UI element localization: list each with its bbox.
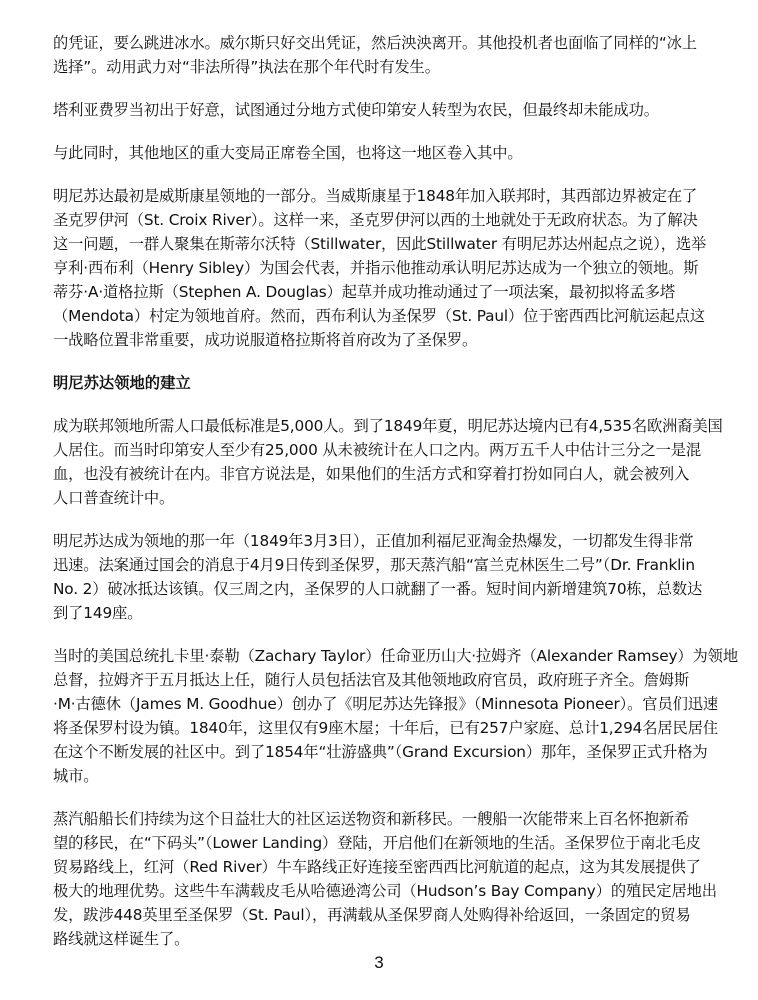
text-line: 选择”。动用武力对“非法所得”执法在那个年代时有发生。 [53,55,698,79]
paragraph-population-standard: 成为联邦领地所需人口最低标准是5,000人。到了1849年夏，明尼苏达境内已有4… [53,414,698,510]
text-line: 的凭证，要么跳进冰水。威尔斯只好交出凭证，然后泱泱离开。其他投机者也面临了同样的… [53,31,698,55]
document-page: 的凭证，要么跳进冰水。威尔斯只好交出凭证，然后泱泱离开。其他投机者也面临了同样的… [53,31,698,970]
text-line: 圣克罗伊河（St. Croix River）。这样一来，圣克罗伊河以西的土地就处… [53,208,698,232]
section-heading: 明尼苏达领地的建立 [53,371,698,395]
text-line: 在这个不断发展的社区中。到了1854年“壮游盛典”（Grand Excursio… [53,740,698,764]
text-line: 发，跋涉448英里至圣保罗（St. Paul），再满载从圣保罗商人处购得补给返回… [53,903,698,927]
paragraph-taliaferro: 塔利亚费罗当初出于好意，试图通过分地方式使印第安人转型为农民，但最终却未能成功。 [53,98,698,122]
text-line: 人居住。而当时印第安人至少有25,000 从未被统计在人口之内。两万五千人中估计… [53,438,698,462]
paragraph-national-change: 与此同时，其他地区的重大变局正席卷全国，也将这一地区卷入其中。 [53,141,698,165]
text-line: 蒂芬·A·道格拉斯（Stephen A. Douglas）起草并成功推动通过了一… [53,280,698,304]
text-line: 与此同时，其他地区的重大变局正席卷全国，也将这一地区卷入其中。 [53,141,698,165]
text-line: 蒸汽船船长们持续为这个日益壮大的社区运送物资和新移民。一艘船一次能带来上百名怀抱… [53,807,698,831]
text-line: 城市。 [53,764,698,788]
text-line: 极大的地理优势。这些牛车满载皮毛从哈德逊湾公司（Hudson’s Bay Com… [53,879,698,903]
text-line: 成为联邦领地所需人口最低标准是5,000人。到了1849年夏，明尼苏达境内已有4… [53,414,698,438]
text-line: （Mendota）村定为领地首府。然而，西布利认为圣保罗（St. Paul）位于… [53,304,698,328]
text-line: 将圣保罗村设为镇。1840年，这里仅有9座木屋；十年后，已有257户家庭、总计1… [53,716,698,740]
text-line: 迅速。法案通过国会的消息于4月9日传到圣保罗，那天蒸汽船“富兰克林医生二号”（D… [53,553,698,577]
text-line: 人口普查统计中。 [53,486,698,510]
text-line: ·M·古德休（James M. Goodhue）创办了《明尼苏达先锋报》（Min… [53,692,698,716]
text-line: 明尼苏达最初是威斯康星领地的一部分。当威斯康星于1848年加入联邦时，其西部边界… [53,184,698,208]
paragraph-steamboats: 蒸汽船船长们持续为这个日益壮大的社区运送物资和新移民。一艘船一次能带来上百名怀抱… [53,807,698,951]
text-line: 一战略位置非常重要，成功说服道格拉斯将首府改为了圣保罗。 [53,328,698,352]
page-number: 3 [0,953,758,973]
paragraph-governor-ramsey: 当时的美国总统扎卡里·泰勒（Zachary Taylor）任命亚历山大·拉姆齐（… [53,644,698,788]
text-line: 当时的美国总统扎卡里·泰勒（Zachary Taylor）任命亚历山大·拉姆齐（… [53,644,698,668]
text-line: 明尼苏达成为领地的那一年（1849年3月3日），正值加利福尼亚淘金热爆发，一切都… [53,529,698,553]
text-line: 到了149座。 [53,601,698,625]
text-line: 塔利亚费罗当初出于好意，试图通过分地方式使印第安人转型为农民，但最终却未能成功。 [53,98,698,122]
paragraph-wisconsin-territory: 明尼苏达最初是威斯康星领地的一部分。当威斯康星于1848年加入联邦时，其西部边界… [53,184,698,352]
text-line: 血，也没有被统计在内。非官方说法是，如果他们的生活方式和穿着打扮如同白人，就会被… [53,462,698,486]
text-line: No. 2）破冰抵达该镇。仅三周之内，圣保罗的人口就翻了一番。短时间内新增建筑7… [53,577,698,601]
text-line: 总督，拉姆齐于五月抵达上任，随行人员包括法官及其他领地政府官员，政府班子齐全。詹… [53,668,698,692]
text-line: 路线就这样诞生了。 [53,927,698,951]
text-line: 贸易路线上，红河（Red River）牛车路线正好连接至密西西比河航道的起点，这… [53,855,698,879]
paragraph-territory-year: 明尼苏达成为领地的那一年（1849年3月3日），正值加利福尼亚淘金热爆发，一切都… [53,529,698,625]
paragraph-ice-choice: 的凭证，要么跳进冰水。威尔斯只好交出凭证，然后泱泱离开。其他投机者也面临了同样的… [53,31,698,79]
text-line: 亨利·西布利（Henry Sibley）为国会代表，并指示他推动承认明尼苏达成为… [53,256,698,280]
text-line: 望的移民，在“下码头”（Lower Landing）登陆，开启他们在新领地的生活… [53,831,698,855]
text-line: 这一问题，一群人聚集在斯蒂尔沃特（Stillwater，因此Stillwater… [53,232,698,256]
